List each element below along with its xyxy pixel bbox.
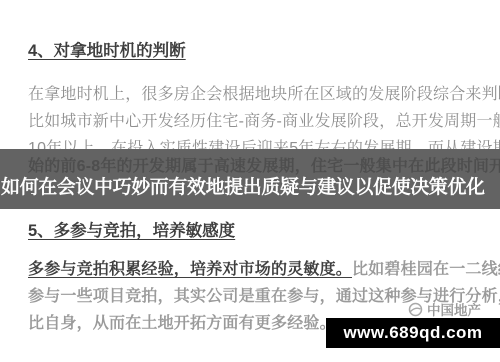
section-heading-4: 4、对拿地时机的判断 <box>28 37 186 61</box>
section-heading-5: 5、多参与竞拍，培养敏感度 <box>28 217 235 241</box>
site-url-text: www.689qd.com <box>343 323 482 343</box>
watermark-label: 中国地产 <box>427 299 481 319</box>
emphasized-lead-text: 多参与竞拍积累经验，培养对市场的灵敏度。 <box>28 261 352 278</box>
site-url-banner: www.689qd.com <box>326 318 500 348</box>
globe-logo-icon <box>408 302 423 317</box>
article-page: 4、对拿地时机的判断 在拿地时机上，很多房企会根据地块所在区域的发展阶段综合来判… <box>0 0 500 362</box>
china-realestate-watermark: 中国地产 <box>408 299 481 319</box>
paragraph-line: 比如城市新中心开发经历住宅-商务-商业发展阶段，总开发周期一般在 <box>28 108 500 131</box>
paragraph-line: 在拿地时机上，很多房企会根据地块所在区域的发展阶段综合来判断。 <box>28 81 500 104</box>
title-overlay-band: 始的前6-8年的开发期属于高速发展期，住宅一般集中在此段时间开 如何在会议中巧妙… <box>0 149 500 209</box>
paragraph-line: 比自身，从而在土地开拓方面有更多经验。 <box>28 310 336 333</box>
overlay-article-title: 如何在会议中巧妙而有效地提出质疑与建议以促使决策优化 <box>1 172 500 199</box>
paragraph-line: 多参与竞拍积累经验，培养对市场的灵敏度。比如碧桂园在一二线经常 <box>28 256 500 279</box>
lead-rest-text: 比如碧桂园在一二线经常 <box>352 261 500 278</box>
